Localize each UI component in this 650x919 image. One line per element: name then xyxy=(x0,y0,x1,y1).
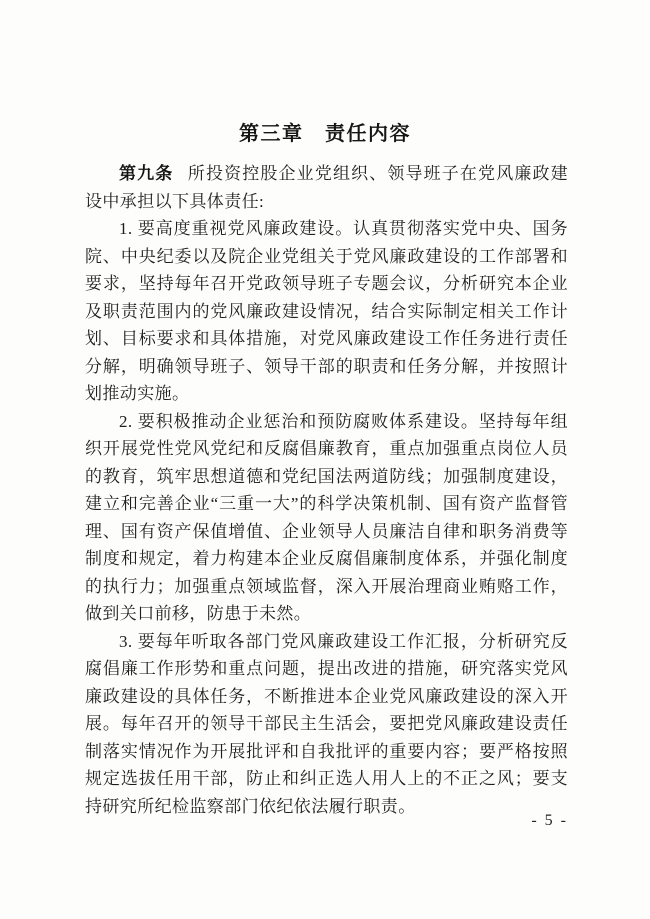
document-page: 第三章 责任内容 第九条所投资控股企业党组织、领导班子在党风廉政建设中承担以下具… xyxy=(0,0,650,919)
document-body: 第九条所投资控股企业党组织、领导班子在党风廉政建设中承担以下具体责任: 1. 要… xyxy=(85,160,568,820)
article-paragraph: 第九条所投资控股企业党组织、领导班子在党风廉政建设中承担以下具体责任: xyxy=(85,160,568,215)
page-number: - 5 - xyxy=(531,812,568,830)
article-number-label: 第九条 xyxy=(119,164,173,183)
clause-paragraph-1: 1. 要高度重视党风廉政建设。认真贯彻落实党中央、国务院、中央纪委以及院企业党组… xyxy=(85,215,568,408)
chapter-heading: 第三章 责任内容 xyxy=(0,117,650,146)
clause-paragraph-3: 3. 要每年听取各部门党风廉政建设工作汇报，分析研究反腐倡廉工作形势和重点问题，… xyxy=(85,628,568,821)
clause-paragraph-2: 2. 要积极推动企业惩治和预防腐败体系建设。坚持每年组织开展党性党风党纪和反腐倡… xyxy=(85,408,568,628)
